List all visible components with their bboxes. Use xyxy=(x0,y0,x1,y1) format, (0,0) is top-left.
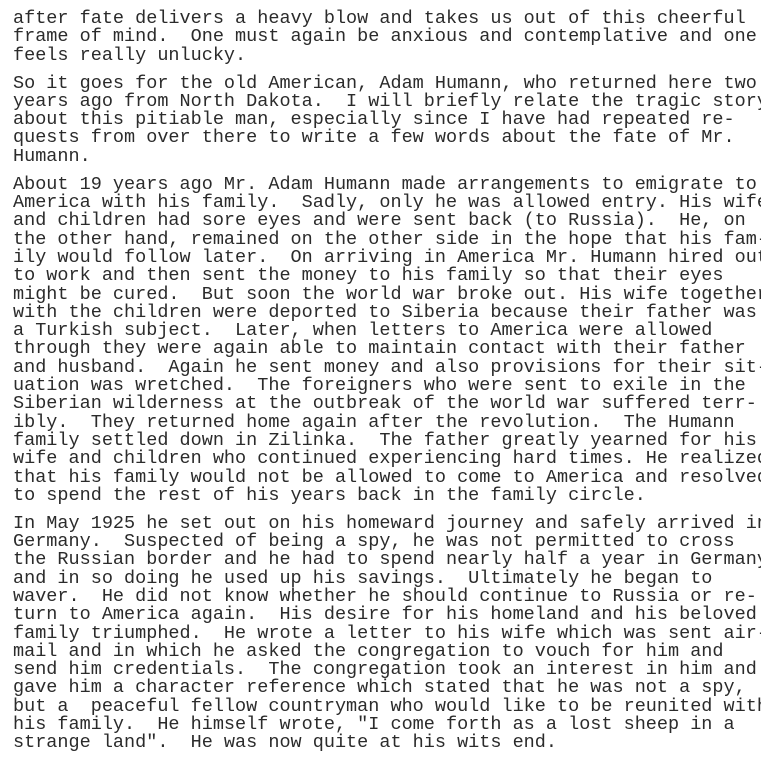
paragraph-4: In May 1925 he set out on his homeward j… xyxy=(13,515,761,753)
text-line: turn to America again. His desire for hi… xyxy=(13,606,761,624)
paragraph-3: About 19 years ago Mr. Adam Humann made … xyxy=(13,176,761,505)
text-line: feels really unlucky. xyxy=(13,47,761,65)
text-line: Humann. xyxy=(13,148,761,166)
text-line: to work and then sent the money to his f… xyxy=(13,267,761,285)
text-line: strange land". He was now quite at his w… xyxy=(13,734,761,752)
paragraph-1: after fate delivers a heavy blow and tak… xyxy=(13,10,761,65)
document-page: after fate delivers a heavy blow and tak… xyxy=(13,10,761,762)
text-line: and children had sore eyes and were sent… xyxy=(13,212,761,230)
text-line: through they were again able to maintain… xyxy=(13,340,761,358)
text-line: the Russian border and he had to spend n… xyxy=(13,551,761,569)
text-line: gave him a character reference which sta… xyxy=(13,679,761,697)
paragraph-2: So it goes for the old American, Adam Hu… xyxy=(13,75,761,166)
text-line: frame of mind. One must again be anxious… xyxy=(13,28,761,46)
text-line: wife and children who continued experien… xyxy=(13,450,761,468)
text-line: Siberian wilderness at the outbreak of t… xyxy=(13,395,761,413)
text-line: quests from over there to write a few wo… xyxy=(13,129,761,147)
text-line: to spend the rest of his years back in t… xyxy=(13,487,761,505)
